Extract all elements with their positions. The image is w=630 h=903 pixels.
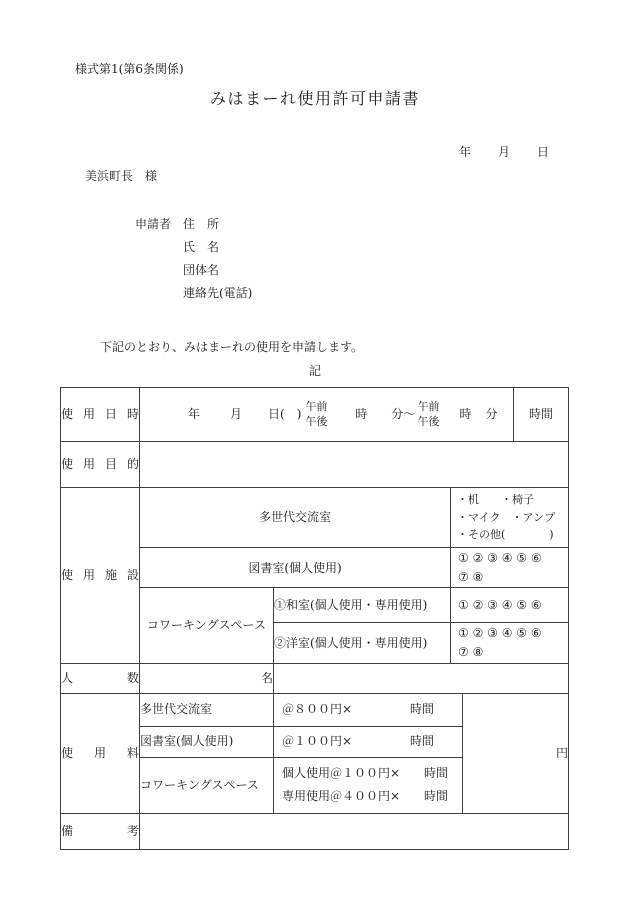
addressee: 美浜町長 様 (85, 169, 630, 183)
datetime-day: 日( ) (268, 407, 301, 421)
usage-purpose-label: 使 用 目 的 (61, 442, 140, 488)
applicant-block: 申請者 住 所 氏 名 団体名 連絡先(電話) (135, 213, 630, 305)
yoshitsu-cell: ②洋室(個人使用・専用使用) (274, 623, 451, 663)
applicant-address-line: 申請者 住 所 (135, 213, 630, 236)
usage-purpose-cell (140, 442, 569, 488)
seat-numbers-line: ⑦ ⑧ (458, 568, 566, 587)
applicant-name-line: 氏 名 (183, 236, 630, 259)
fee-total-cell: 円 (463, 693, 569, 813)
fee-hours-unit: 時間 (410, 702, 434, 716)
application-statement: 下記のとおり、みはまーれの使用を申請します。 (100, 340, 630, 354)
fee-hours-unit: 時間 (410, 734, 434, 748)
fee-library-name: 図書室(個人使用) (140, 726, 274, 757)
form-style-number: 様式第1(第6条関係) (75, 0, 630, 76)
facility-equipment-cell: ・机 ・椅子 ・マイク ・アンプ ・その他( ) (451, 488, 569, 548)
washitsu-cell: ①和室(個人使用・専用使用) (274, 588, 451, 623)
yoshitsu-numbers-cell: ① ② ③ ④ ⑤ ⑥ ⑦ ⑧ (451, 623, 569, 663)
datetime-minute-start: 分～ (391, 407, 415, 421)
datetime-hour-end: 時 (459, 407, 471, 421)
people-count-unit-cell: 名 (140, 663, 274, 693)
pm-label: 午後 (305, 415, 327, 429)
remarks-label: 備 考 (61, 813, 140, 849)
seat-numbers-line: ① ② ③ ④ ⑤ ⑥ (458, 596, 566, 615)
seat-numbers-line: ① ② ③ ④ ⑤ ⑥ (458, 549, 566, 568)
fee-coworking-name: コワーキングスペース (140, 757, 274, 813)
usage-datetime-label: 使 用 日 時 (61, 388, 140, 442)
application-form-page: 様式第1(第6条関係) みはまーれ使用許可申請書 年 月 日 美浜町長 様 申請… (0, 0, 630, 903)
equipment-line: ・マイク ・アンプ (457, 509, 566, 527)
hours-total-header: 時間 (514, 388, 569, 442)
fee-tasedai-price: ＠８００円× 時間 (274, 693, 463, 726)
form-title: みはまーれ使用許可申請書 (0, 89, 630, 108)
record-marker: 記 (0, 364, 630, 378)
people-count-value-cell (274, 663, 569, 693)
library-numbers-cell: ① ② ③ ④ ⑤ ⑥ ⑦ ⑧ (451, 548, 569, 588)
datetime-minute-end: 分 (485, 407, 497, 421)
equipment-line: ・その他( ) (457, 526, 566, 544)
application-table: 使 用 日 時 年 月 日( ) 午前 午後 時 分～ 午前 午後 (60, 387, 569, 849)
fee-rate-line: 個人使用＠１００円× 時間 (282, 762, 462, 785)
facility-coworking-cell: コワーキングスペース (140, 588, 274, 663)
fee-library-price: ＠１００円× 時間 (274, 726, 463, 757)
fee-rate-line: 専用使用＠４００円× 時間 (282, 785, 462, 808)
seat-numbers-line: ① ② ③ ④ ⑤ ⑥ (458, 624, 566, 643)
fee-rate: ＠１００円× (282, 734, 352, 748)
date-field: 年 月 日 (0, 145, 630, 159)
remarks-cell (140, 813, 569, 849)
applicant-contact-line: 連絡先(電話) (183, 282, 630, 305)
facility-library-cell: 図書室(個人使用) (140, 548, 451, 588)
usage-datetime-cell: 年 月 日( ) 午前 午後 時 分～ 午前 午後 時 分 (140, 388, 514, 442)
washitsu-numbers-cell: ① ② ③ ④ ⑤ ⑥ (451, 588, 569, 623)
seat-numbers-line: ⑦ ⑧ (458, 643, 566, 662)
datetime-ampm-start: 午前 午後 (305, 400, 327, 429)
fee-tasedai-name: 多世代交流室 (140, 693, 274, 726)
applicant-org-line: 団体名 (183, 259, 630, 282)
am-label: 午前 (305, 400, 327, 414)
datetime-ampm-end: 午前 午後 (417, 400, 439, 429)
fee-coworking-price: 個人使用＠１００円× 時間 専用使用＠４００円× 時間 (274, 757, 463, 813)
usage-facility-label: 使 用 施 設 (61, 488, 140, 663)
pm-label: 午後 (417, 415, 439, 429)
datetime-year: 年 (188, 407, 200, 421)
equipment-line: ・机 ・椅子 (457, 491, 566, 509)
fee-rate: ＠８００円× (282, 702, 352, 716)
people-count-label: 人 数 (61, 663, 140, 693)
fee-label: 使 用 料 (61, 693, 140, 813)
am-label: 午前 (417, 400, 439, 414)
facility-tasedai-cell: 多世代交流室 (140, 488, 451, 548)
datetime-month: 月 (230, 407, 242, 421)
datetime-hour-start: 時 (355, 407, 367, 421)
